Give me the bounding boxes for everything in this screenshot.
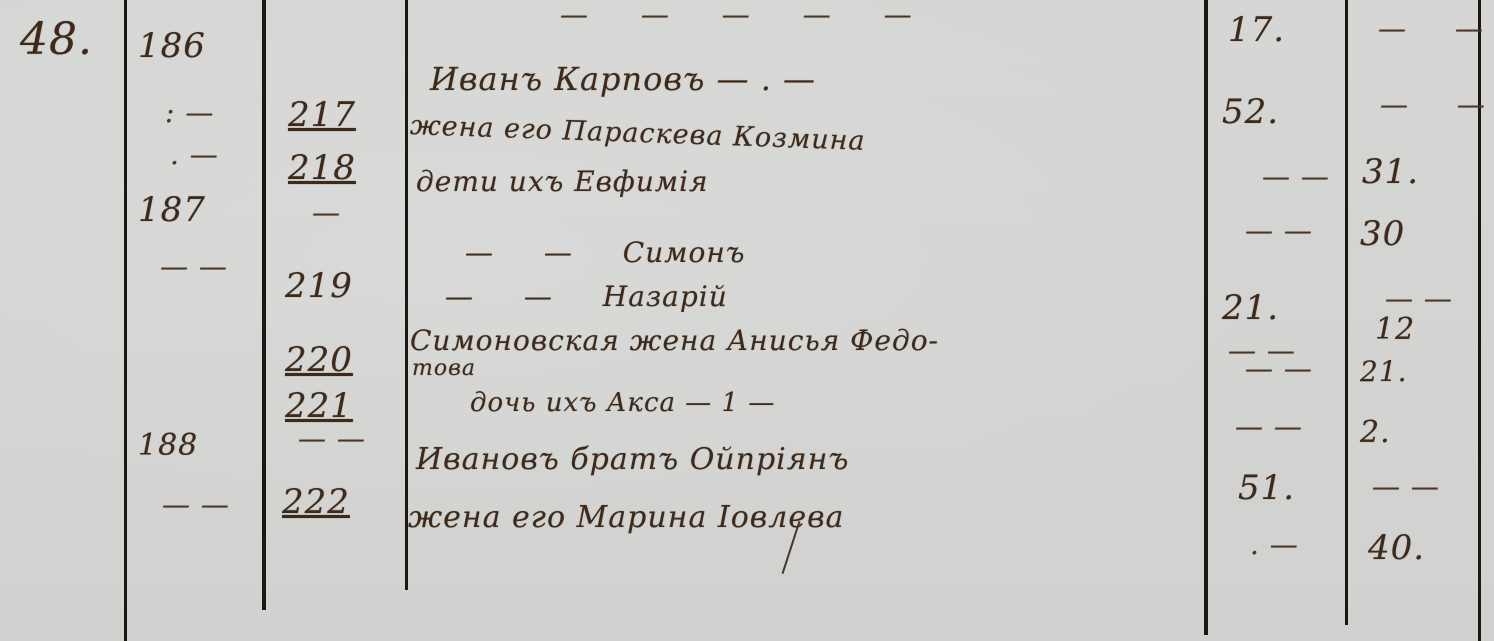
male-age-cell: . — xyxy=(1250,528,1299,561)
person-number-cell: 222 xyxy=(282,482,350,522)
family-number-cell: . — xyxy=(170,138,219,171)
female-age-cell: 40. xyxy=(1368,528,1425,568)
column-rule-5 xyxy=(1345,0,1348,625)
family-number-cell: 188 xyxy=(138,428,198,463)
male-age-cell: 51. xyxy=(1238,468,1295,508)
family-number-cell: : — xyxy=(165,96,214,129)
name-cell: — — Назарiй xyxy=(445,280,728,313)
column-rule-1 xyxy=(124,0,127,641)
male-age-cell: 17. xyxy=(1228,10,1285,50)
female-age-cell: 2. xyxy=(1360,415,1391,450)
family-number-cell: — — xyxy=(160,250,228,283)
household-number: 48. xyxy=(20,14,93,65)
person-number-cell: 218 xyxy=(288,148,356,188)
person-number-cell: — xyxy=(312,196,341,229)
male-age-cell: — — xyxy=(1235,410,1303,443)
male-age-cell: 52. xyxy=(1222,92,1279,132)
female-age-cell: — — xyxy=(1372,470,1440,503)
person-number-cell: — — xyxy=(298,422,366,455)
person-number-cell: 220 xyxy=(285,340,353,380)
name-cell: Иванъ Карповъ — . — xyxy=(430,60,816,98)
female-age-cell: — — xyxy=(1378,12,1494,45)
female-age-cell: 30 xyxy=(1360,214,1405,254)
name-cell: жена его Параскева Козмина xyxy=(409,110,866,157)
name-cell: дети ихъ Евфимiя xyxy=(416,165,709,198)
name-cell: това xyxy=(412,356,476,381)
name-cell: жена его Марина Iовлева xyxy=(408,500,844,535)
family-number-cell: 187 xyxy=(138,190,206,230)
female-age-cell: — — xyxy=(1385,282,1453,315)
family-number-cell: 186 xyxy=(138,26,206,66)
female-age-cell: 12 xyxy=(1375,312,1415,347)
female-age-cell: 31. xyxy=(1362,152,1419,192)
name-cell: — — Симонъ xyxy=(465,236,745,269)
name-cell: дочь ихъ Акса — 1 — xyxy=(470,388,775,418)
column-rule-2 xyxy=(262,0,266,610)
name-cell: — — — — — xyxy=(560,0,934,31)
document-page: 48. — — — — — 17. — — 186 Иванъ Карповъ … xyxy=(0,0,1494,641)
person-number-cell: 219 xyxy=(285,266,353,306)
male-age-cell: — — xyxy=(1245,214,1313,247)
male-age-cell: — — xyxy=(1262,160,1330,193)
name-cell: Симоновская жена Анисья Федо- xyxy=(410,324,939,357)
person-number-cell: 217 xyxy=(288,95,356,135)
family-number-cell: — — xyxy=(162,488,230,521)
person-number-cell: 221 xyxy=(285,386,353,426)
column-rule-4 xyxy=(1204,0,1208,635)
male-age-cell: — — xyxy=(1245,352,1313,385)
female-age-cell: — — xyxy=(1380,88,1494,121)
male-age-cell: 21. xyxy=(1222,288,1279,328)
female-age-cell: 21. xyxy=(1360,355,1408,388)
name-cell: Ивановъ братъ Ойпрiянъ xyxy=(416,442,849,477)
